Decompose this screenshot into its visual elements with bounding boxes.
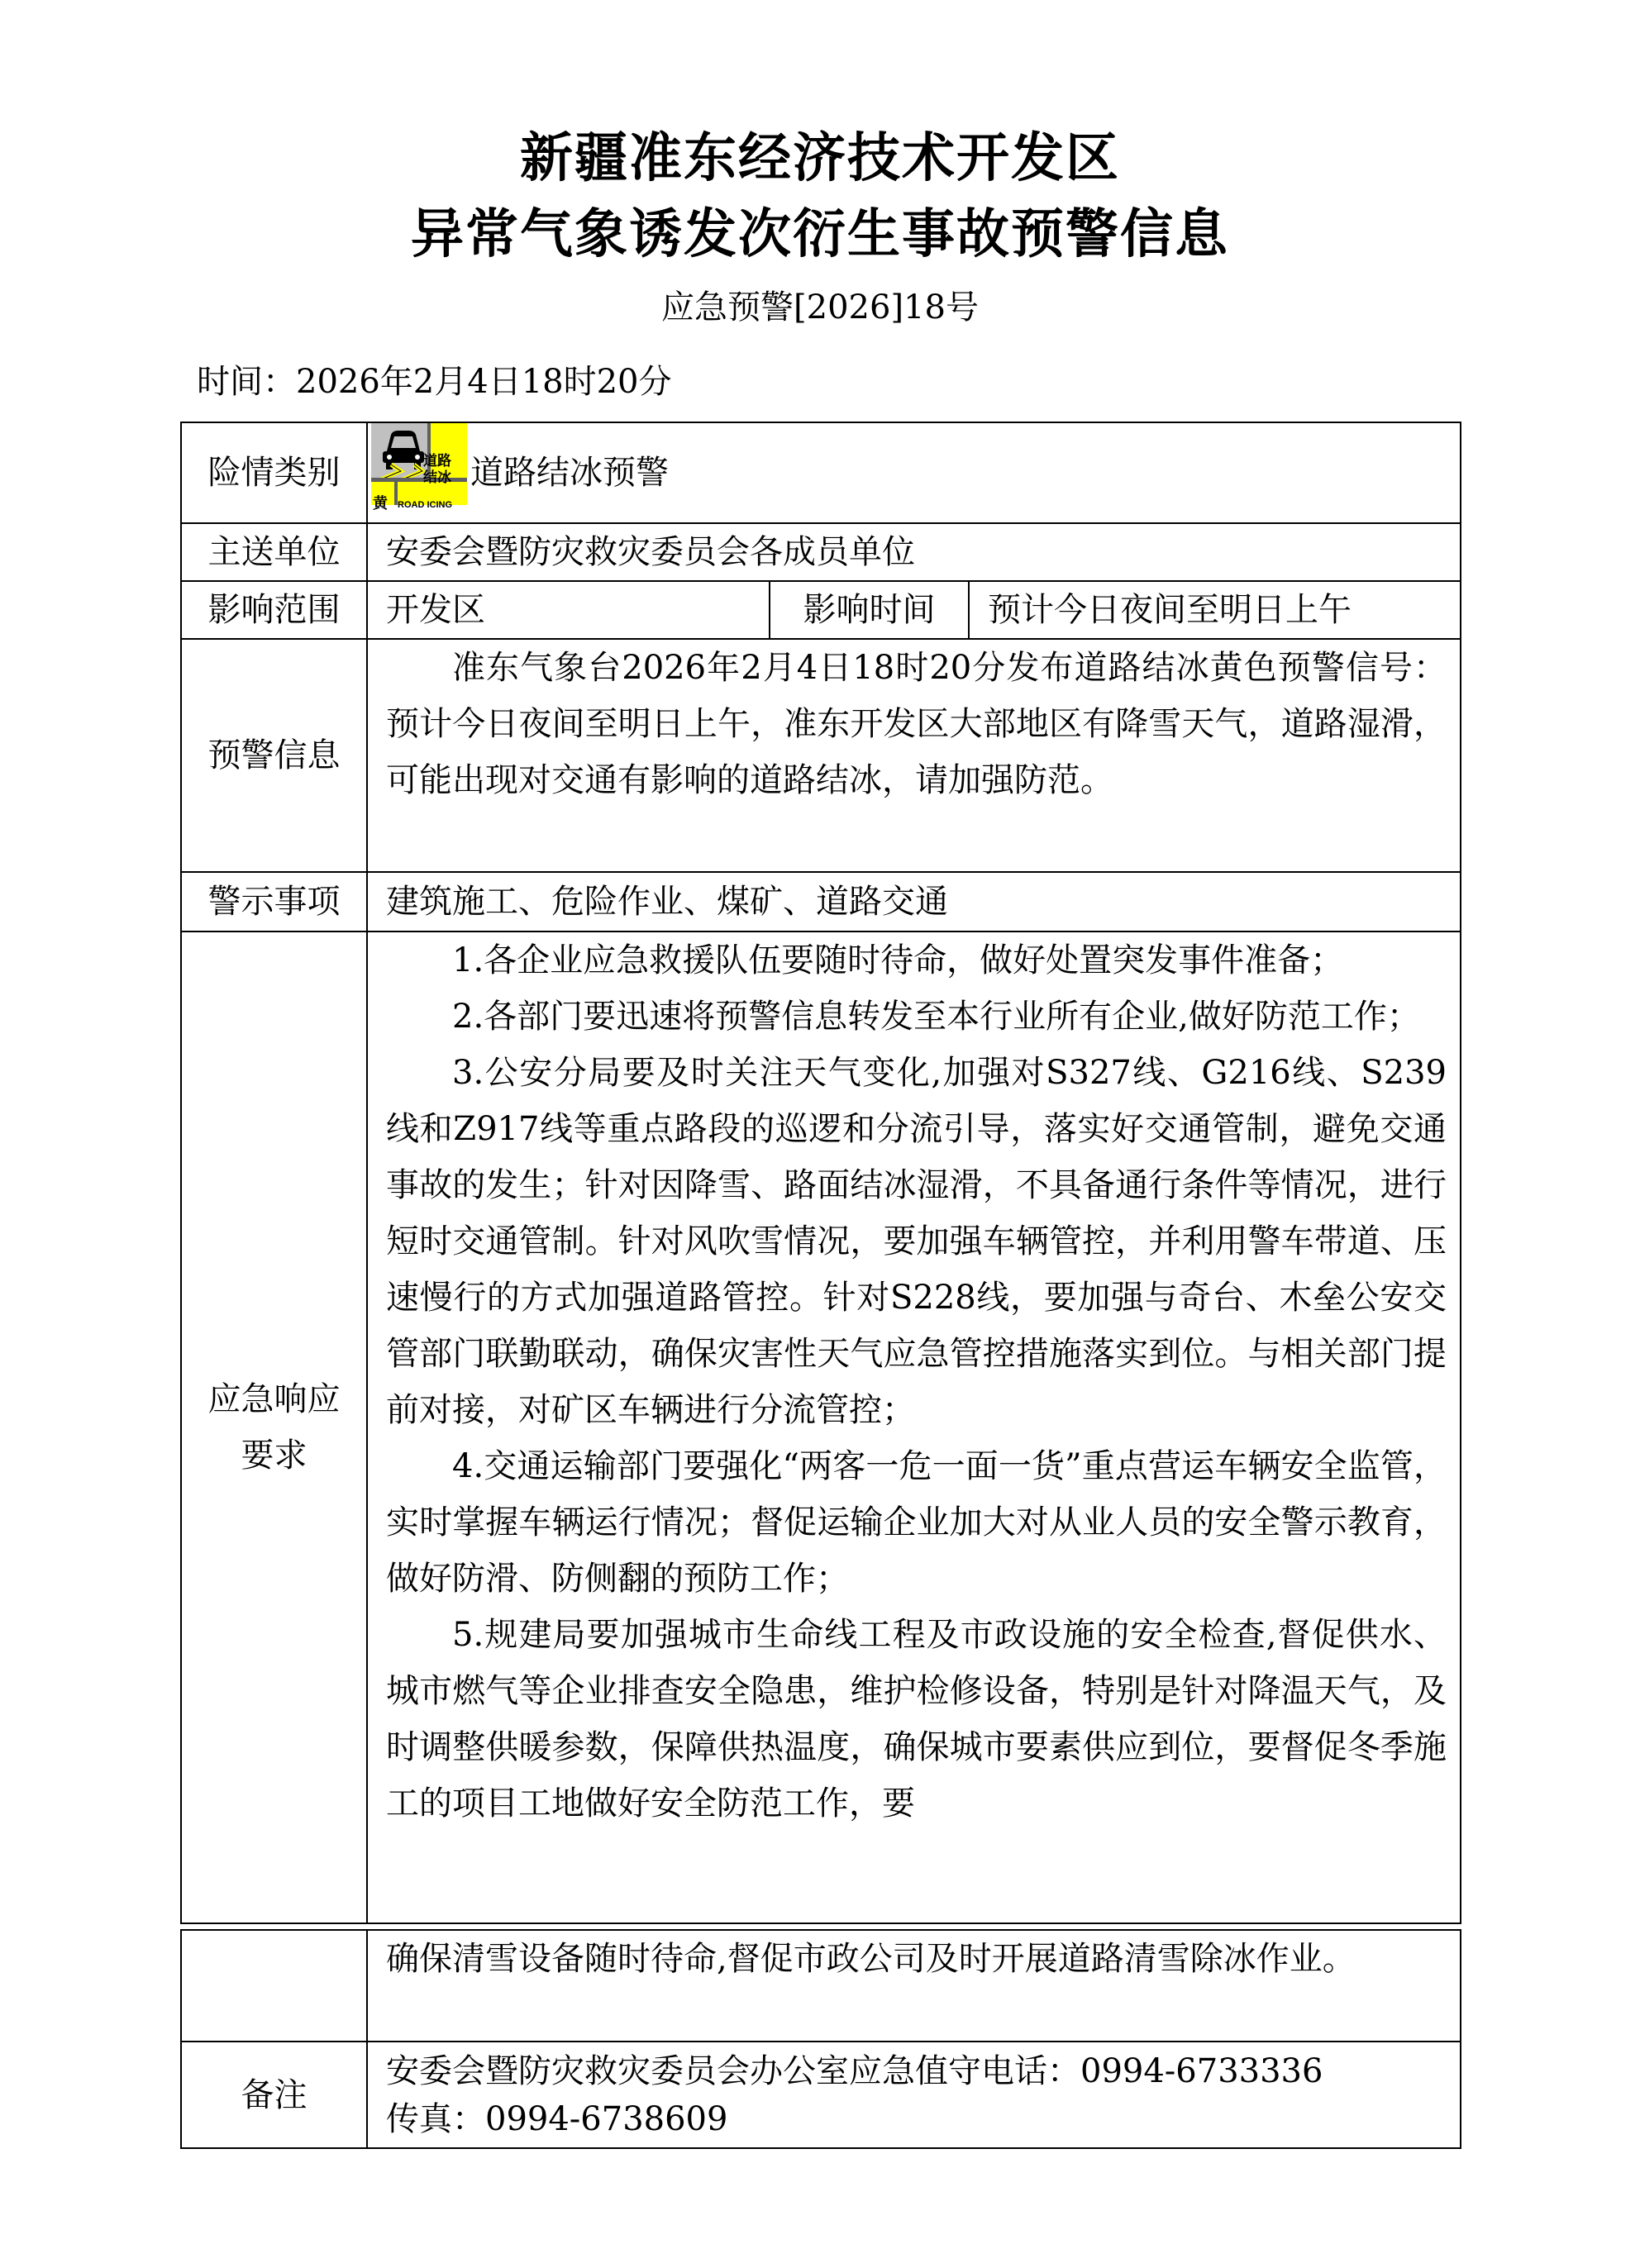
icon-text-en: ROAD ICING <box>398 500 452 510</box>
row-warning-info: 预警信息 准东气象台2026年2月4日18时20分发布道路结冰黄色预警信号：预计… <box>181 639 1461 872</box>
remarks-value: 安委会暨防灾救灾委员会办公室应急值守电话：0994-6733336 传真：099… <box>367 2042 1461 2148</box>
remarks-label: 备注 <box>181 2042 367 2148</box>
row-response: 应急响应 要求 1.各企业应急救援队伍要随时待命，做好处置突发事件准备； 2.各… <box>181 931 1461 1923</box>
warning-info-label: 预警信息 <box>181 639 367 872</box>
fax-number: 传真：0994-6738609 <box>386 2095 1447 2143</box>
scope-value: 开发区 <box>367 581 770 639</box>
row-remarks: 备注 安委会暨防灾救灾委员会办公室应急值守电话：0994-6733336 传真：… <box>181 2042 1461 2148</box>
duty-phone: 安委会暨防灾救灾委员会办公室应急值守电话：0994-6733336 <box>386 2047 1447 2095</box>
response-label-line1: 应急响应 <box>208 1380 341 1418</box>
response-item-3: 3.公安分局要及时关注天气变化,加强对S327线、G216线、S239线和Z91… <box>386 1045 1447 1438</box>
recipients-value: 安委会暨防灾救灾委员会各成员单位 <box>367 523 1461 581</box>
warning-info-table-continued: 确保清雪设备随时待命,督促市政公司及时开展道路清雪除冰作业。 备注 安委会暨防灾… <box>180 1929 1461 2149</box>
document-title-line2: 异常气象诱发次衍生事故预警信息 <box>0 192 1640 268</box>
impact-time-label: 影响时间 <box>770 581 969 639</box>
row-hazard-type: 险情类别 <box>181 422 1461 523</box>
impact-time-value: 预计今日夜间至明日上午 <box>969 581 1461 639</box>
document-title-line1: 新疆准东经济技术开发区 <box>0 116 1640 192</box>
document-number: 应急预警[2026]18号 <box>0 281 1640 328</box>
alert-items-value: 建筑施工、危险作业、煤矿、道路交通 <box>367 872 1461 931</box>
row-response-continued: 确保清雪设备随时待命,督促市政公司及时开展道路清雪除冰作业。 <box>181 1930 1461 2042</box>
row-alert-items: 警示事项 建筑施工、危险作业、煤矿、道路交通 <box>181 872 1461 931</box>
recipients-label: 主送单位 <box>181 523 367 581</box>
hazard-type-label: 险情类别 <box>181 422 367 523</box>
response-label-line2: 要求 <box>241 1437 307 1475</box>
response-requirements: 1.各企业应急救援队伍要随时待命，做好处置突发事件准备； 2.各部门要迅速将预警… <box>367 931 1461 1923</box>
row-scope: 影响范围 开发区 影响时间 预计今日夜间至明日上午 <box>181 581 1461 639</box>
response-item-2: 2.各部门要迅速将预警信息转发至本行业所有企业,做好防范工作； <box>386 989 1447 1045</box>
row-recipients: 主送单位 安委会暨防灾救灾委员会各成员单位 <box>181 523 1461 581</box>
hazard-type-value: 道路结冰预警 <box>470 445 669 501</box>
warning-info-value: 准东气象台2026年2月4日18时20分发布道路结冰黄色预警信号：预计今日夜间至… <box>367 639 1461 872</box>
icon-level-text: 黄 <box>373 495 388 512</box>
response-item-5: 5.规建局要加强城市生命线工程及市政设施的安全检查,督促供水、城市燃气等企业排查… <box>386 1607 1447 1832</box>
response-item-1: 1.各企业应急救援队伍要随时待命，做好处置突发事件准备； <box>386 932 1447 989</box>
icon-text-cn-bottom: 结冰 <box>423 469 451 486</box>
response-label: 应急响应 要求 <box>181 931 367 1923</box>
response-item-4: 4.交通运输部门要强化“两客一危一面一货”重点营运车辆安全监管，实时掌握车辆运行… <box>386 1438 1447 1607</box>
icon-text-cn-top: 道路 <box>423 453 451 469</box>
response-label-continued-empty <box>181 1930 367 2042</box>
issue-time: 时间：2026年2月4日18时20分 <box>197 355 672 403</box>
response-continuation: 确保清雪设备随时待命,督促市政公司及时开展道路清雪除冰作业。 <box>367 1930 1461 2042</box>
warning-info-table: 险情类别 <box>180 422 1461 1924</box>
alert-items-label: 警示事项 <box>181 872 367 931</box>
scope-label: 影响范围 <box>181 581 367 639</box>
hazard-type-cell: 道路 结冰 黄 ROAD ICING 道路结冰预警 <box>367 422 1461 523</box>
